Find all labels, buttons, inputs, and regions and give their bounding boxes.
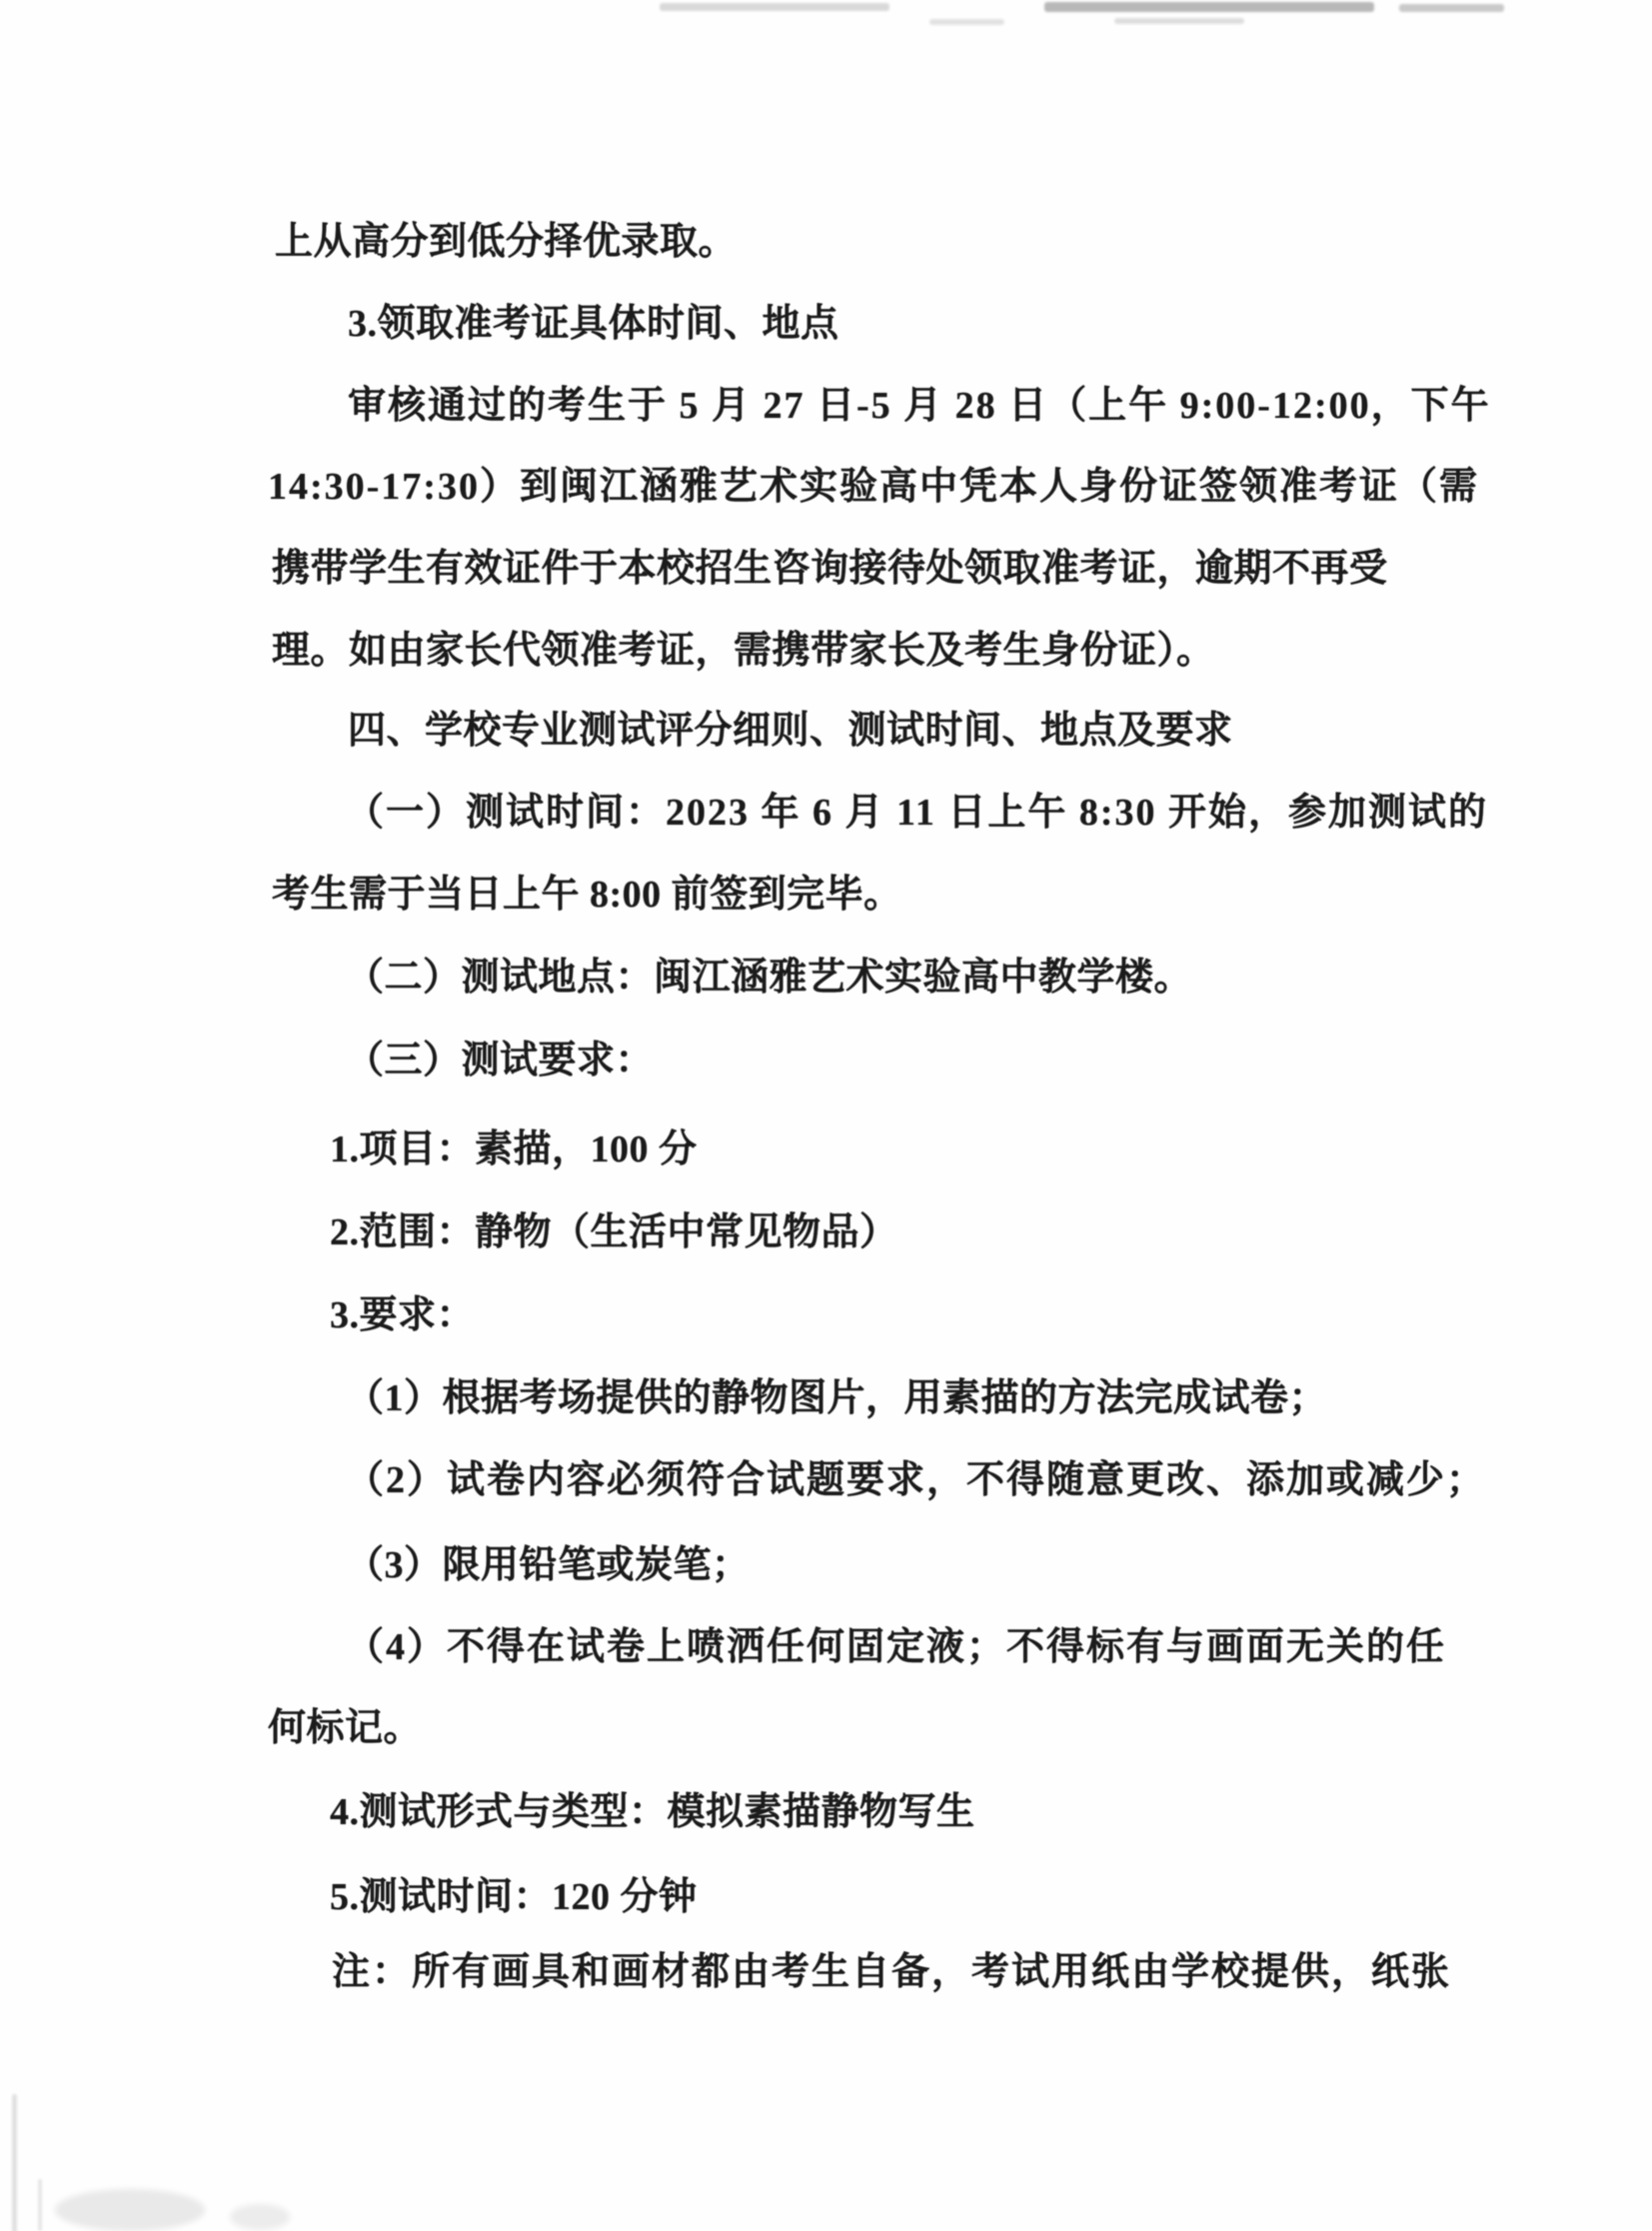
text-line: （4）不得在试卷上喷洒任何固定液；不得标有与画面无关的任 [346, 1623, 1446, 1671]
text-line: （一）测试时间：2023 年 6 月 11 日上午 8:30 开始，参加测试的 [346, 789, 1488, 837]
document-text: 上从高分到低分择优录取。 3.领取准考证具体时间、地点 审核通过的考生于 5 月… [0, 0, 1652, 2231]
text-line: （三）测试要求： [346, 1037, 654, 1085]
text-line: 5.测试时间：120 分钟 [330, 1873, 698, 1921]
text-line: 14:30-17:30）到闽江涵雅艺术实验高中凭本人身份证签领准考证（需 [268, 463, 1479, 511]
text-line: 审核通过的考生于 5 月 27 日-5 月 28 日（上午 9:00-12:00… [348, 382, 1491, 430]
text-line: 何标记。 [268, 1704, 422, 1752]
text-line: 1.项目：素描，100 分 [330, 1125, 698, 1173]
scan-artifact-bottom-left [38, 2179, 42, 2231]
scan-artifact-bottom-left [12, 2094, 17, 2231]
text-line: 4.测试形式与类型：模拟素描静物写生 [330, 1788, 975, 1836]
scan-artifact-bottom-left [230, 2204, 290, 2230]
text-line: 2.范围：静物（生活中常见物品） [330, 1208, 898, 1256]
text-line: （2）试卷内容必须符合试题要求，不得随意更改、添加或减少； [346, 1456, 1486, 1504]
text-line: 上从高分到低分择优录取。 [275, 218, 737, 266]
text-line: 四、学校专业测试评分细则、测试时间、地点及要求 [348, 707, 1233, 755]
text-line: 携带学生有效证件于本校招生咨询接待处领取准考证，逾期不再受 [272, 545, 1388, 593]
text-line: 3.领取准考证具体时间、地点 [348, 300, 839, 348]
text-line: 注：所有画具和画材都由考生自备，考试用纸由学校提供，纸张 [332, 1948, 1451, 1996]
text-line: （二）测试地点：闽江涵雅艺术实验高中教学楼。 [346, 954, 1192, 1002]
text-line: （3）限用铅笔或炭笔； [346, 1541, 751, 1589]
text-line: 考生需于当日上午 8:00 前签到完毕。 [272, 871, 902, 919]
text-line: 理。如由家长代领准考证，需携带家长及考生身份证）。 [272, 627, 1215, 675]
text-line: 3.要求： [330, 1291, 475, 1339]
scan-artifact-bottom-left [55, 2189, 205, 2231]
scanned-notice-page: 上从高分到低分择优录取。 3.领取准考证具体时间、地点 审核通过的考生于 5 月… [0, 0, 1652, 2231]
text-line: （1）根据考场提供的静物图片，用素描的方法完成试卷； [346, 1374, 1327, 1422]
